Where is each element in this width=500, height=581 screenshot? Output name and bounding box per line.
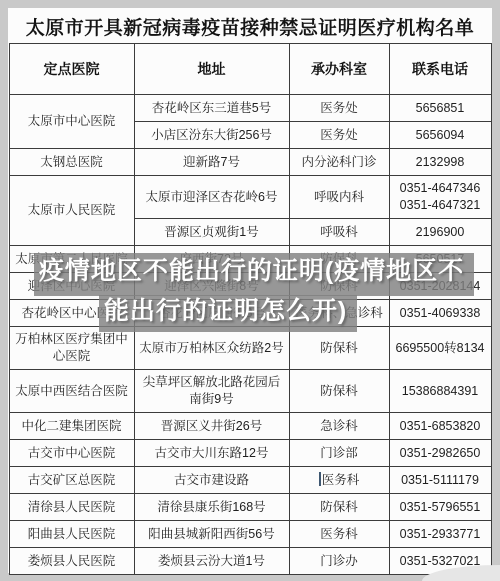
address-cell: 府西街72号 bbox=[134, 246, 289, 273]
text-cursor bbox=[319, 472, 321, 486]
phone-cell: 2132998 bbox=[389, 149, 491, 176]
phone-cell: 0351-2982650 bbox=[389, 440, 491, 467]
document-sheet: 太原市开具新冠病毒疫苗接种禁忌证明医疗机构名单 定点医院地址承办科室联系电话 太… bbox=[8, 8, 492, 573]
phone-cell: 15386884391 bbox=[389, 370, 491, 413]
address-cell: 晋源区义井街26号 bbox=[134, 413, 289, 440]
phone-cell: 5650517 bbox=[389, 246, 491, 273]
department-cell: 防保科 bbox=[289, 494, 389, 521]
table-row-14: 清徐县人民医院清徐县康乐街168号防保科0351-5796551 bbox=[9, 494, 491, 521]
table-row-11: 中化二建集团医院晋源区义井街26号急诊科0351-6853820 bbox=[9, 413, 491, 440]
hospital-name-cell: 清徐县人民医院 bbox=[9, 494, 134, 521]
department-cell: 急诊科 bbox=[289, 413, 389, 440]
address-cell: 太原市万柏林区众纺路2号 bbox=[134, 327, 289, 370]
table-body: 太原市中心医院杏花岭区东三道巷5号医务处5656851小店区汾东大街256号医务… bbox=[9, 95, 491, 575]
department-cell: 门诊部 bbox=[289, 440, 389, 467]
table-row-9: 万柏林区医疗集团中心医院太原市万柏林区众纺路2号防保科6695500转8134 bbox=[9, 327, 491, 370]
table-row-8: 杏花岭区中心医院杏花岭区府西街8号医务科、急诊科0351-4069338 bbox=[9, 300, 491, 327]
table-row-12: 古交市中心医院古交市大川东路12号门诊部0351-2982650 bbox=[9, 440, 491, 467]
table-row-13: 古交矿区总医院古交市建设路医务科0351-5111179 bbox=[9, 467, 491, 494]
phone-cell: 0351-2028144 bbox=[389, 273, 491, 300]
address-cell: 迎新路7号 bbox=[134, 149, 289, 176]
department-cell: 防保科 bbox=[289, 370, 389, 413]
column-header-3: 承办科室 bbox=[289, 44, 389, 95]
hospital-name-cell: 古交市中心医院 bbox=[9, 440, 134, 467]
hospital-name-cell: 太钢总医院 bbox=[9, 149, 134, 176]
phone-cell: 6695500转8134 bbox=[389, 327, 491, 370]
page-background: 太原市开具新冠病毒疫苗接种禁忌证明医疗机构名单 定点医院地址承办科室联系电话 太… bbox=[0, 0, 500, 581]
phone-cell: 0351-2933771 bbox=[389, 521, 491, 548]
address-cell: 清徐县康乐街168号 bbox=[134, 494, 289, 521]
address-cell: 迎泽区兴隆街8号 bbox=[134, 273, 289, 300]
table-header-row: 定点医院地址承办科室联系电话 bbox=[9, 44, 491, 95]
hospital-name-cell: 迎泽区中心医院 bbox=[9, 273, 134, 300]
address-cell: 杏花岭区东三道巷5号 bbox=[134, 95, 289, 122]
column-header-2: 地址 bbox=[134, 44, 289, 95]
phone-cell: 0351-46473460351-4647321 bbox=[389, 176, 491, 219]
hospital-name-cell: 杏花岭区中心医院 bbox=[9, 300, 134, 327]
table-row-7: 迎泽区中心医院迎泽区兴隆街8号防保科0351-2028144 bbox=[9, 273, 491, 300]
phone-cell: 0351-5796551 bbox=[389, 494, 491, 521]
department-cell: 防保科 bbox=[289, 246, 389, 273]
hospital-name-cell: 太原市人民医院 bbox=[9, 176, 134, 246]
column-header-4: 联系电话 bbox=[389, 44, 491, 95]
hospital-name-cell: 万柏林区医疗集团中心医院 bbox=[9, 327, 134, 370]
address-cell: 古交市大川东路12号 bbox=[134, 440, 289, 467]
page-title: 太原市开具新冠病毒疫苗接种禁忌证明医疗机构名单 bbox=[8, 8, 492, 43]
address-cell: 娄烦县云汾大道1号 bbox=[134, 548, 289, 575]
department-cell: 防保科 bbox=[289, 327, 389, 370]
column-header-1: 定点医院 bbox=[9, 44, 134, 95]
hospital-name-cell: 娄烦县人民医院 bbox=[9, 548, 134, 575]
table-row-4: 太原市人民医院太原市迎泽区杏花岭6号呼吸内科0351-46473460351-4… bbox=[9, 176, 491, 219]
phone-cell: 0351-6853820 bbox=[389, 413, 491, 440]
phone-cell: 2196900 bbox=[389, 219, 491, 246]
hospital-name-cell: 阳曲县人民医院 bbox=[9, 521, 134, 548]
department-cell: 防保科 bbox=[289, 273, 389, 300]
table-row-3: 太钢总医院迎新路7号内分泌科门诊2132998 bbox=[9, 149, 491, 176]
department-cell: 门诊办 bbox=[289, 548, 389, 575]
department-cell: 医务科 bbox=[289, 467, 389, 494]
phone-cell: 5656094 bbox=[389, 122, 491, 149]
department-cell: 医务科 bbox=[289, 521, 389, 548]
hospital-table: 定点医院地址承办科室联系电话 太原市中心医院杏花岭区东三道巷5号医务处56568… bbox=[9, 43, 492, 575]
table-row-1: 太原市中心医院杏花岭区东三道巷5号医务处5656851 bbox=[9, 95, 491, 122]
department-cell: 内分泌科门诊 bbox=[289, 149, 389, 176]
address-cell: 太原市迎泽区杏花岭6号 bbox=[134, 176, 289, 219]
hospital-name-cell: 太原市中心医院 bbox=[9, 95, 134, 149]
phone-cell: 0351-5111179 bbox=[389, 467, 491, 494]
table-row-15: 阳曲县人民医院阳曲县城新阳西街56号医务科0351-2933771 bbox=[9, 521, 491, 548]
table-row-6: 太原市第二人民医院府西街72号防保科5650517 bbox=[9, 246, 491, 273]
department-cell: 呼吸科 bbox=[289, 219, 389, 246]
hospital-name-cell: 古交矿区总医院 bbox=[9, 467, 134, 494]
address-cell: 尖草坪区解放北路花园后南街9号 bbox=[134, 370, 289, 413]
department-cell: 呼吸内科 bbox=[289, 176, 389, 219]
department-cell: 医务处 bbox=[289, 95, 389, 122]
hospital-name-cell: 中化二建集团医院 bbox=[9, 413, 134, 440]
hospital-name-cell: 太原中西医结合医院 bbox=[9, 370, 134, 413]
address-cell: 杏花岭区府西街8号 bbox=[134, 300, 289, 327]
phone-cell: 0351-4069338 bbox=[389, 300, 491, 327]
address-cell: 晋源区贞观街1号 bbox=[134, 219, 289, 246]
phone-cell: 5656851 bbox=[389, 95, 491, 122]
address-cell: 古交市建设路 bbox=[134, 467, 289, 494]
address-cell: 阳曲县城新阳西街56号 bbox=[134, 521, 289, 548]
hospital-name-cell: 太原市第二人民医院 bbox=[9, 246, 134, 273]
department-cell: 医务处 bbox=[289, 122, 389, 149]
department-cell: 医务科、急诊科 bbox=[289, 300, 389, 327]
address-cell: 小店区汾东大街256号 bbox=[134, 122, 289, 149]
table-row-10: 太原中西医结合医院尖草坪区解放北路花园后南街9号防保科15386884391 bbox=[9, 370, 491, 413]
table-row-16: 娄烦县人民医院娄烦县云汾大道1号门诊办0351-5327021 bbox=[9, 548, 491, 575]
